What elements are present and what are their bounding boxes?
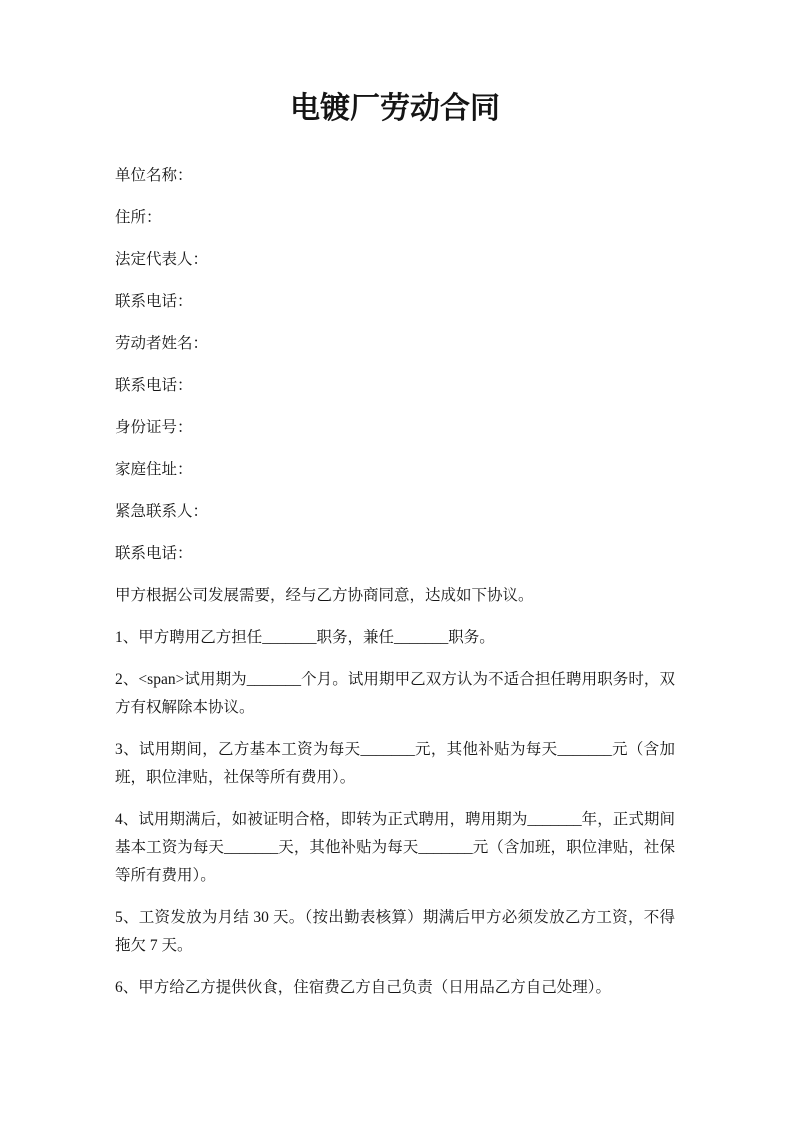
- clause-6: 6、甲方给乙方提供伙食，住宿费乙方自己负责（日用品乙方自己处理）。: [115, 974, 675, 1002]
- field-label-home-address: 家庭住址：: [115, 456, 675, 484]
- field-label-emergency-contact: 紧急联系人：: [115, 498, 675, 526]
- field-label-worker-name: 劳动者姓名：: [115, 330, 675, 358]
- intro-paragraph: 甲方根据公司发展需要，经与乙方协商同意，达成如下协议。: [115, 582, 675, 610]
- field-label-phone-employer: 联系电话：: [115, 288, 675, 316]
- document-title: 电镀厂劳动合同: [115, 88, 675, 130]
- field-label-legal-rep: 法定代表人：: [115, 246, 675, 274]
- field-label-id-number: 身份证号：: [115, 414, 675, 442]
- clause-2: 2、<span>试用期为_______个月。试用期甲乙双方认为不适合担任聘用职务…: [115, 666, 675, 722]
- field-label-unit-name: 单位名称：: [115, 162, 675, 190]
- field-label-phone-emergency: 联系电话：: [115, 540, 675, 568]
- clause-4: 4、试用期满后，如被证明合格，即转为正式聘用，聘用期为_______年，正式期间…: [115, 806, 675, 890]
- field-label-phone-worker: 联系电话：: [115, 372, 675, 400]
- clause-1: 1、甲方聘用乙方担任_______职务，兼任_______职务。: [115, 624, 675, 652]
- clause-3: 3、试用期间，乙方基本工资为每天_______元，其他补贴为每天_______元…: [115, 736, 675, 792]
- field-label-address: 住所：: [115, 204, 675, 232]
- contract-document-page: 电镀厂劳动合同 单位名称： 住所： 法定代表人： 联系电话： 劳动者姓名： 联系…: [0, 0, 793, 1122]
- clause-5: 5、工资发放为月结 30 天。（按出勤表核算）期满后甲方必须发放乙方工资，不得拖…: [115, 904, 675, 960]
